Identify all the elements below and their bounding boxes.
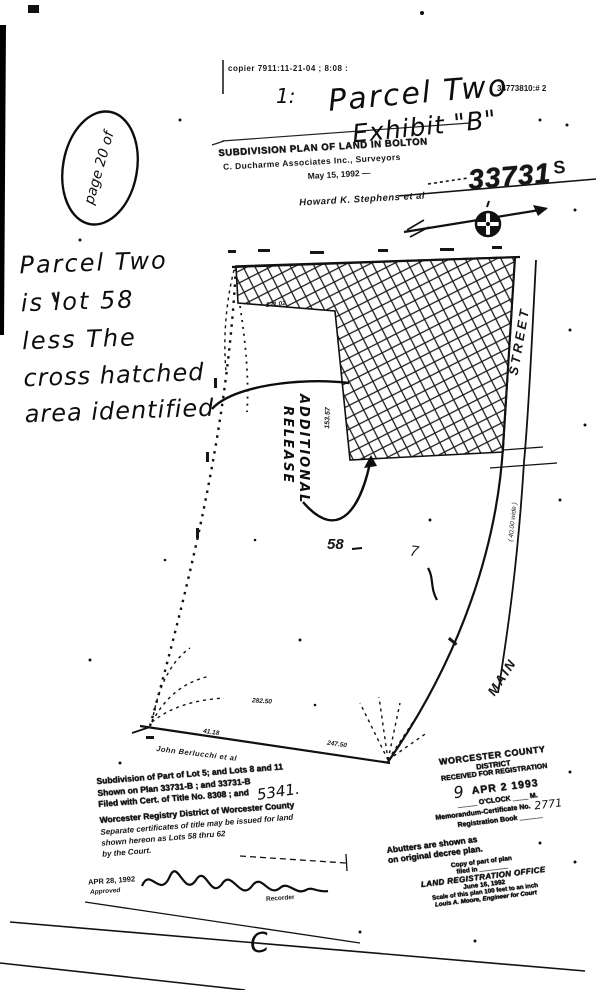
dimension-label: 282.50 <box>252 697 272 705</box>
north-arrow-icon <box>404 201 548 238</box>
notes-block: Subdivision of Part of Lot 5; and Lots 8… <box>96 760 304 859</box>
scan-noise <box>28 5 39 13</box>
scanned-subdivision-plan: copier 7911:11-21-04 ; 8:08 : 34773810:#… <box>0 0 600 990</box>
cross-hatched-area <box>236 257 515 460</box>
plan-date: May 15, 1992 — <box>307 164 429 181</box>
additional-release-label-2: RELEASE <box>280 406 295 516</box>
page-artifact-line <box>85 902 360 943</box>
title-block: SUBDIVISION PLAN OF LAND IN BOLTON C. Du… <box>218 136 431 213</box>
handwritten-page-marker: 1: <box>276 84 295 108</box>
margin-note: Parcel Two is lot 58 less The cross hatc… <box>19 240 215 433</box>
dashed-fill-line <box>240 856 346 863</box>
handwritten-time: 9 <box>452 782 464 802</box>
lot-number: 58 <box>327 536 344 553</box>
number-leader <box>428 178 468 184</box>
dashed-fill-tick <box>346 854 347 871</box>
additional-release-label-1: ADDITIONAL <box>296 394 311 509</box>
page-artifact-line <box>0 963 245 990</box>
page-artifact-line <box>10 922 585 971</box>
handwritten-c-mark: C <box>248 927 271 960</box>
margin-note-line: Parcel Two <box>19 240 210 285</box>
dimension-label: 153.57 <box>324 407 332 429</box>
margin-note-line: less The <box>21 316 212 361</box>
plan-number-suffix: S <box>552 157 566 178</box>
plan-number-value: 33731 <box>467 157 552 195</box>
fax-header-left: copier 7911:11-21-04 ; 8:08 : <box>228 64 348 73</box>
margin-note-line: is lot 58 <box>20 278 211 323</box>
margin-note-line: area identified <box>24 390 215 433</box>
scan-edge-bar <box>0 25 6 335</box>
signature <box>142 871 328 891</box>
